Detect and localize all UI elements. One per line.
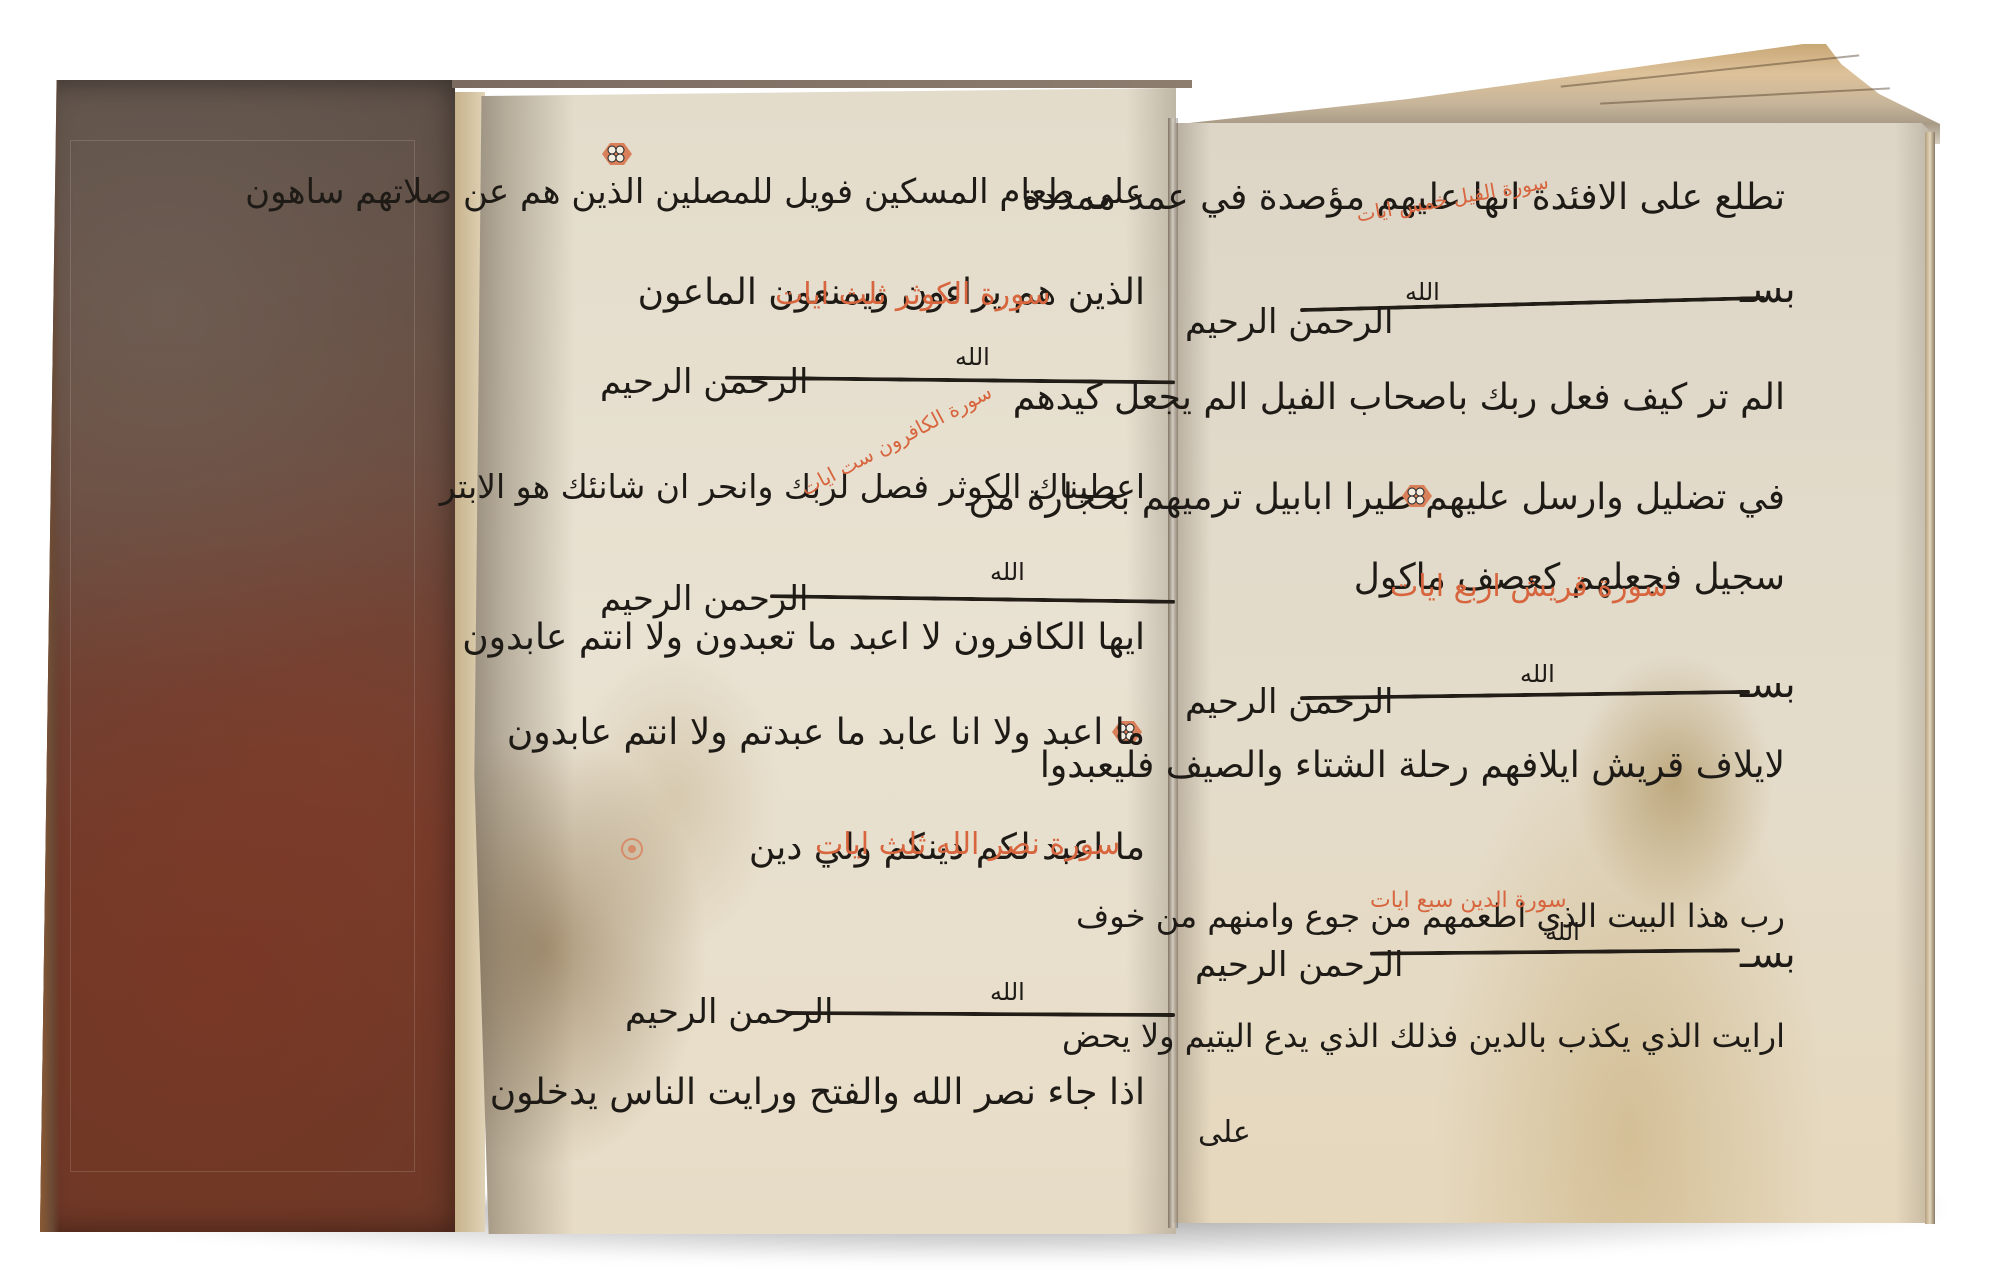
cover-spine [40, 80, 60, 1232]
bismillah-rahman-rahim: الرحمن الرحيم [1185, 685, 1393, 719]
bismillah-bism: بسـ [1740, 270, 1796, 308]
bismillah-rahman-rahim: الرحمن الرحيم [1195, 948, 1403, 982]
text-line: ايها الكافرون لا اعبد ما تعبدون ولا انتم… [462, 620, 1145, 656]
leather-cover [40, 80, 455, 1232]
text-line: على طعام المسكين فويل للمصلين الذين هم ع… [245, 175, 1145, 209]
bismillah-allah: الله [955, 345, 990, 369]
gutter [1168, 118, 1178, 1228]
bismillah-allah: الله [1405, 280, 1440, 304]
verse-rosette-icon [600, 140, 634, 168]
bismillah-rahman-rahim: الرحمن الرحيم [600, 582, 808, 616]
surah-heading: سورة الدين سبع ايات [1370, 890, 1567, 912]
bismillah-rahman-rahim: الرحمن الرحيم [1185, 305, 1393, 339]
bismillah-bism: بسـ [1740, 665, 1796, 703]
bismillah-allah: الله [1520, 662, 1555, 686]
surah-heading: سورة قريش اربع ايات [1390, 572, 1668, 602]
right-page-fore-edge [1925, 132, 1935, 1224]
binding-flap-edge [452, 80, 1192, 88]
text-line: ارايت الذي يكذب بالدين فذلك الذي يدع الي… [1062, 1020, 1785, 1052]
bismillah-rahman-rahim: الرحمن الرحيم [600, 365, 808, 399]
text-line: اذا جاء نصر الله والفتح ورايت الناس يدخل… [490, 1075, 1145, 1111]
verse-rosette-icon [1400, 482, 1434, 510]
text-line: الم تر كيف فعل ربك باصحاب الفيل الم يجعل… [1013, 380, 1785, 416]
bismillah-rahman-rahim: الرحمن الرحيم [625, 995, 833, 1029]
cover-blind-frame [70, 140, 415, 1172]
catchword: على [1198, 1115, 1251, 1150]
surah-heading: سورة نصر الله ثلث ايات [815, 830, 1120, 860]
verse-rosette-icon [615, 835, 649, 863]
bismillah-allah: الله [990, 560, 1025, 584]
bismillah-allah: الله [1545, 920, 1580, 944]
text-line: في تضليل وارسل عليهم طيرا ابابيل ترميهم … [968, 480, 1785, 516]
text-line: لايلاف قريش ايلافهم رحلة الشتاء والصيف ف… [1040, 748, 1785, 784]
bismillah-bism: بسـ [1740, 935, 1796, 973]
bismillah-allah: الله [990, 980, 1025, 1004]
left-page [460, 88, 1176, 1234]
surah-heading: سورة الكوثر ثلث ايات [775, 280, 1051, 310]
